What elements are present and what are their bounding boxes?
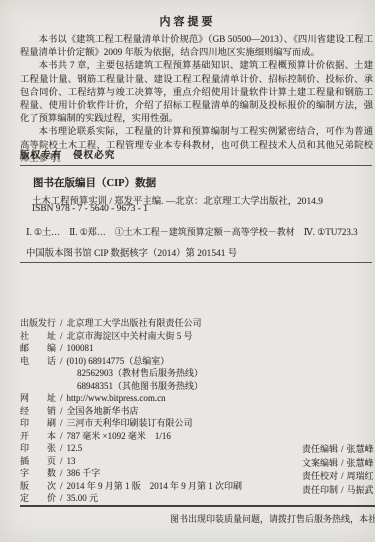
colophon-label: 印 刷	[20, 417, 58, 430]
colophon-label: 电 话	[20, 355, 58, 368]
colophon-value: 100081	[67, 343, 94, 353]
colophon-label: 开 本	[20, 430, 58, 443]
editor-label: 责任编辑	[302, 444, 338, 454]
colophon-label: 字 数	[20, 467, 58, 480]
separator: /	[58, 418, 67, 428]
editor-value: 周瑞红	[347, 471, 374, 481]
colophon-row-phone-3: 68948351（其他图书服务热线）	[20, 380, 375, 393]
colophon-value: 全国各地新华书店	[67, 406, 139, 416]
editor-value: 马振武	[347, 485, 374, 495]
separator: /	[58, 481, 67, 491]
colophon-value: 35.00 元	[67, 493, 99, 503]
colophon-value: 北京理工大学出版社有限责任公司	[67, 318, 202, 328]
cip-isbn-line: ISBN 978 - 7 - 5640 - 9673 - 1	[32, 204, 373, 214]
colophon-row-address: 社 址/北京市海淀区中关村南大街 5 号	[20, 330, 375, 343]
editor-row-print-supervisor: 责任印制/马振武	[302, 484, 375, 498]
colophon-label: 网 址	[20, 392, 58, 405]
colophon-value: 787 毫米 ×1092 毫米 1/16	[67, 431, 171, 441]
separator: /	[58, 406, 67, 416]
separator: /	[58, 393, 67, 403]
colophon-value: 12.5	[67, 443, 83, 453]
separator: /	[58, 331, 67, 341]
colophon-label: 印 张	[20, 442, 58, 455]
colophon-value: 三河市天利华印刷装订有限公司	[67, 418, 193, 428]
colophon-value: (010) 68914775（总编室）	[67, 356, 170, 366]
editor-label: 责任校对	[302, 471, 338, 481]
colophon-label: 出版发行	[20, 317, 58, 330]
editor-row-editor: 责任编辑/张慧峰	[302, 443, 375, 457]
abstract-paragraph-2: 本书共 7 章，主要包括建筑工程预算基础知识、建筑工程概预算计价依据、土建工程量…	[20, 60, 373, 126]
separator: /	[58, 468, 67, 478]
quality-note: 图书出现印装质量问题，请拨打售后服务热线，本社负责调换	[170, 512, 375, 525]
colophon-row-postcode: 邮 编/100081	[20, 342, 375, 355]
colophon-value: http://www.bitpress.com.cn	[67, 393, 166, 403]
separator: /	[58, 343, 67, 353]
separator: /	[338, 471, 347, 481]
cip-registration-line: 中国版本图书馆 CIP 数据核字（2014）第 201541 号	[26, 245, 373, 259]
separator: /	[338, 485, 347, 495]
editor-label: 责任印制	[302, 485, 338, 495]
separator: /	[338, 458, 347, 468]
section-divider-top	[20, 165, 372, 166]
colophon-row-distribution: 经 销/全国各地新华书店	[20, 405, 375, 418]
book-copyright-page: 内容提要 本书以《建筑工程工程量清单计价规范》（GB 50500—2013）、《…	[0, 0, 375, 542]
colophon-label: 邮 编	[20, 342, 58, 355]
colophon-label: 插 页	[20, 455, 58, 468]
editor-row-proofreader: 责任校对/周瑞红	[302, 470, 375, 484]
separator: /	[58, 493, 67, 503]
separator: /	[58, 431, 67, 441]
section-divider-bottom	[20, 505, 375, 507]
colophon-value: 82562903（教材售后服务热线）	[77, 368, 203, 378]
separator: /	[58, 318, 67, 328]
colophon-value: 13	[67, 456, 76, 466]
separator: /	[58, 356, 67, 366]
colophon-value: 2014 年 9 月第 1 版 2014 年 9 月第 1 次印刷	[67, 481, 243, 491]
editor-label: 文案编辑	[302, 458, 338, 468]
abstract-paragraph-1: 本书以《建筑工程工程量清单计价规范》（GB 50500—2013）、《四川省建设…	[20, 34, 373, 60]
colophon-label: 社 址	[20, 330, 58, 343]
colophon-value: 68948351（其他图书服务热线）	[77, 381, 203, 391]
copyright-notice: 版权专有 侵权必究	[20, 147, 115, 161]
colophon-value: 北京市海淀区中关村南大街 5 号	[67, 331, 193, 341]
editor-value: 张慧峰	[347, 444, 374, 454]
colophon-row-printer: 印 刷/三河市天利华印刷装订有限公司	[20, 417, 375, 430]
colophon-row-phone-2: 82562903（教材售后服务热线）	[20, 367, 375, 380]
colophon-label: 经 销	[20, 405, 58, 418]
colophon-label: 版 次	[20, 480, 58, 493]
section-divider-middle	[20, 262, 372, 263]
colophon-row-website: 网 址/http://www.bitpress.com.cn	[20, 392, 375, 405]
editor-value: 张慧峰	[347, 458, 374, 468]
colophon-row-phone: 电 话/(010) 68914775（总编室）	[20, 355, 375, 368]
colophon-row-publisher: 出版发行/北京理工大学出版社有限责任公司	[20, 317, 375, 330]
colophon-value: 386 千字	[67, 468, 101, 478]
separator: /	[58, 456, 67, 466]
abstract-title: 内容提要	[0, 13, 375, 29]
cip-classification-line: Ⅰ. ①土… Ⅱ. ①郑… ①土木工程－建筑预算定额－高等学校－教材 Ⅳ. ①T…	[26, 225, 373, 238]
colophon-label: 定 价	[20, 492, 58, 505]
colophon-row-format: 开 本/787 毫米 ×1092 毫米 1/16	[20, 430, 375, 443]
editor-row-copy-editor: 文案编辑/张慧峰	[302, 457, 375, 471]
cip-heading: 图书在版编目（CIP）数据	[33, 175, 156, 190]
separator: /	[338, 444, 347, 454]
editors-section: 责任编辑/张慧峰 文案编辑/张慧峰 责任校对/周瑞红 责任印制/马振武	[302, 443, 375, 497]
separator: /	[58, 443, 67, 453]
